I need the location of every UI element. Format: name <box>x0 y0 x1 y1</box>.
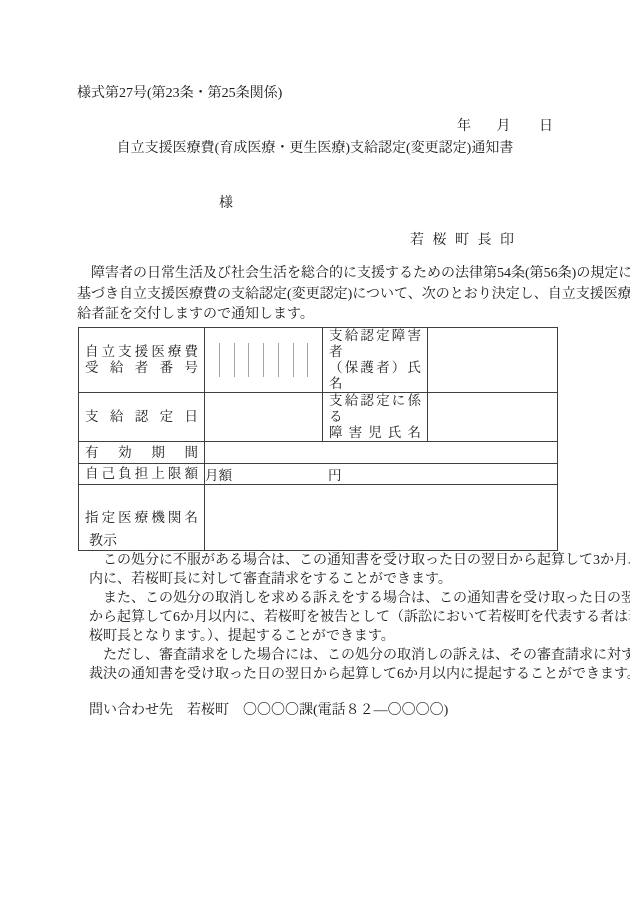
digit-box <box>278 343 293 377</box>
certified-child-label: 支給認定に係る 障害児氏名 <box>323 393 428 442</box>
certified-person-value-cell <box>428 328 558 393</box>
certified-person-label: 支給認定障害者 （保護者）氏名 <box>323 328 428 393</box>
guidance-heading: 教示 <box>89 532 630 551</box>
document-title: 自立支援医療費(育成医療・更生医療)支給認定(変更認定)通知書 <box>0 137 630 157</box>
guidance-text-line: この処分に不服がある場合は、この通知書を受け取った日の翌日から起算して3か月以 <box>89 551 630 570</box>
digit-box <box>234 343 249 377</box>
certification-table: 自立支援医療費 受給者番号 支給認定障害者 （保護者）氏名 支給認定日 <box>78 327 558 551</box>
recipient-number-digit-boxes-cell <box>205 328 323 393</box>
guidance-text-line: 桜町長となります。）、提起することができます。 <box>89 627 630 646</box>
guidance-text-line: また、この処分の取消しを求める訴えをする場合は、この通知書を受け取った日の翌日 <box>89 589 630 608</box>
digit-box <box>248 343 263 377</box>
certification-date-value-cell <box>205 393 323 442</box>
guidance-text-line: から起算して6か月以内に、若桜町を被告として（訴訟において若桜町を代表する者は若 <box>89 608 630 627</box>
certification-date-label: 支給認定日 <box>79 393 205 442</box>
valid-period-label: 有効期間 <box>79 442 205 464</box>
form-number: 様式第27号(第23条・第25条関係) <box>77 82 282 102</box>
issue-date-line: 年 月 日 <box>457 115 553 135</box>
notification-body-line: 給者証を交付しますので通知します。 <box>77 305 630 326</box>
valid-period-value-cell <box>205 442 558 464</box>
notification-body-line: 基づき自立支援医療費の支給認定(変更認定)について、次のとおり決定し、自立支援医… <box>77 285 630 306</box>
certified-child-value-cell <box>428 393 558 442</box>
digit-box <box>307 343 322 377</box>
guidance-text-line: 内に、若桜町長に対して審査請求をすることができます。 <box>89 570 630 589</box>
monthly-amount-label: 月額 <box>205 468 232 483</box>
copay-limit-label: 自己負担上限額 <box>79 464 205 485</box>
notification-body-line: 障害者の日常生活及び社会生活を総合的に支援するための法律第54条(第56条)の規… <box>77 264 630 285</box>
yen-unit-label: 円 <box>328 468 342 483</box>
guidance-text-line: ただし、審査請求をした場合には、この処分の取消しの訴えは、その審査請求に対する <box>89 646 630 665</box>
digit-box <box>293 343 308 377</box>
issuer-seal-line: 若桜町長印 <box>410 229 523 249</box>
guidance-text-line: 裁決の通知書を受け取った日の翌日から起算して6か月以内に提起することができます。 <box>89 665 630 684</box>
year-label: 年 <box>457 119 471 134</box>
contact-line: 問い合わせ先 若桜町 〇〇〇〇課(電話８２―〇〇〇〇) <box>89 699 448 719</box>
digit-box <box>219 343 234 377</box>
notification-body: 障害者の日常生活及び社会生活を総合的に支援するための法律第54条(第56条)の規… <box>77 264 630 326</box>
day-label: 日 <box>539 119 553 134</box>
copay-limit-value-cell: 月額円 <box>205 464 558 485</box>
recipient-number-label: 自立支援医療費 受給者番号 <box>79 328 205 393</box>
addressee-honorific: 様 <box>219 192 233 212</box>
digit-box <box>263 343 278 377</box>
recipient-number-digit-row <box>205 343 322 377</box>
document-page: 様式第27号(第23条・第25条関係) 年 月 日 自立支援医療費(育成医療・更… <box>0 0 630 903</box>
guidance-section: 教示 この処分に不服がある場合は、この通知書を受け取った日の翌日から起算して3か… <box>89 532 630 684</box>
digit-box <box>205 343 219 377</box>
month-label: 月 <box>497 119 511 134</box>
